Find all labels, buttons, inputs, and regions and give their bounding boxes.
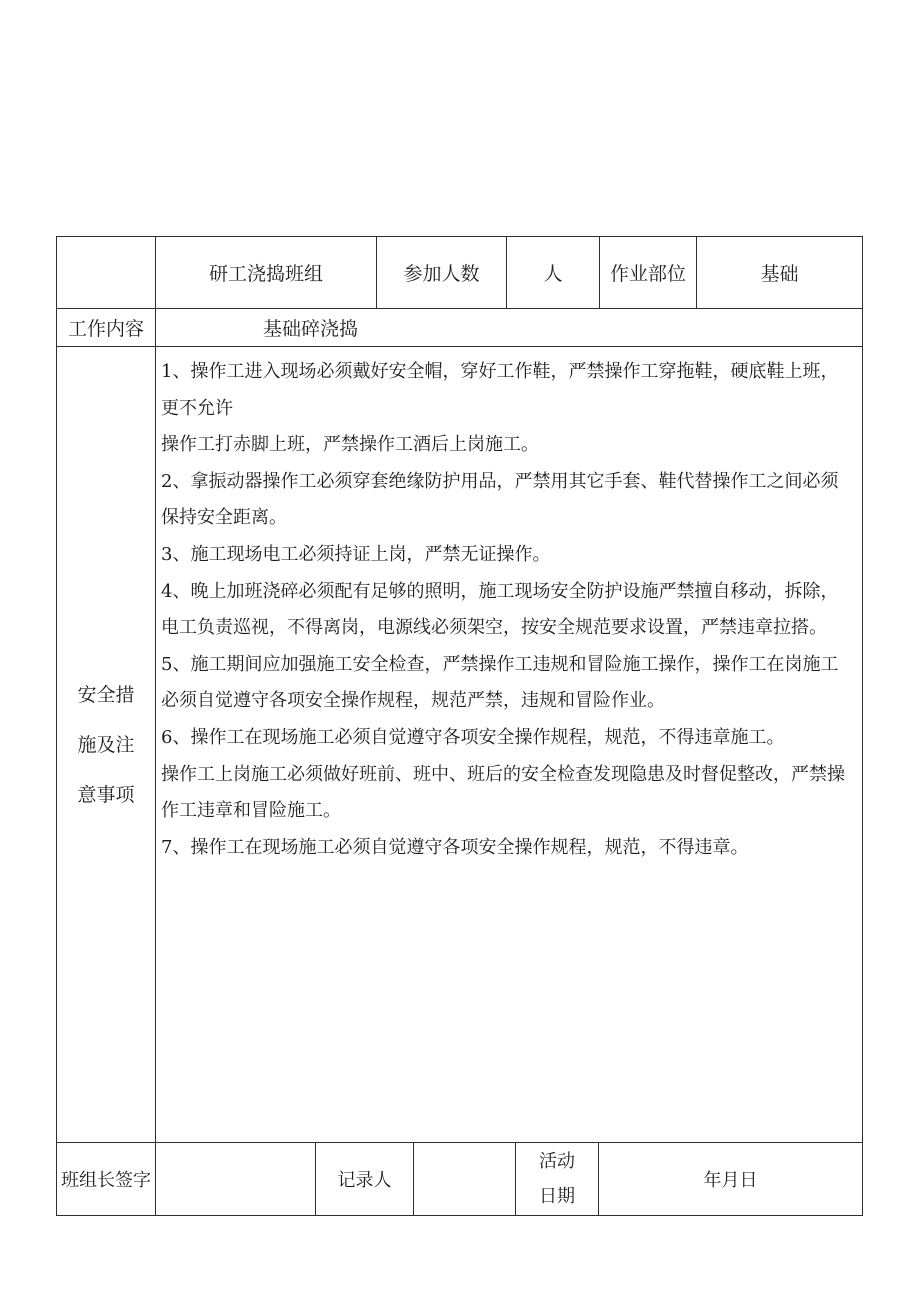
participants-unit: 人: [543, 259, 562, 286]
safety-body-line: 操作工上岗施工必须做好班前、班中、班后的安全检查发现隐患及时督促整改，严禁操: [161, 757, 860, 794]
activity-date-label-line: 日期: [539, 1179, 575, 1214]
work-content-value: 基础碎浇捣: [263, 314, 358, 341]
participants-unit-cell: 人: [506, 237, 599, 308]
safety-body-line: 1、操作工进入现场必须戴好安全帽，穿好工作鞋，严禁操作工穿拖鞋，硬底鞋上班，: [161, 354, 860, 391]
safety-body-line: 操作工打赤脚上班，严禁操作工酒后上岗施工。: [161, 427, 860, 464]
work-part-value: 基础: [760, 259, 798, 286]
safety-body-line: 电工负责巡视，不得离岗，电源线必须架空，按安全规范要求设置，严禁违章拉搭。: [161, 610, 860, 647]
work-content-value-cell: 基础碎浇捣: [155, 309, 862, 346]
safety-body-line: 3、施工现场电工必须持证上岗，严禁无证操作。: [161, 537, 860, 574]
work-content-label: 工作内容: [68, 314, 144, 341]
safety-body-line: 保持安全距离。: [161, 500, 860, 537]
recorder-label-cell: 记录人: [315, 1143, 413, 1215]
recorder-value-cell: [413, 1143, 515, 1215]
footer-row: 班组长签字 记录人 活动日期 年月日: [57, 1142, 862, 1215]
recorder-label: 记录人: [338, 1166, 392, 1192]
safety-body-line: 2、拿振动器操作工必须穿套绝缘防护用品，严禁用其它手套、鞋代替操作工之间必须: [161, 464, 860, 501]
safety-label-cell: 安全措施及注意事项: [57, 347, 155, 1142]
team-name-cell: 研工浇捣班组: [155, 237, 376, 308]
safety-body-line: 6、操作工在现场施工必须自觉遵守各项安全操作规程，规范，不得违章施工。: [161, 720, 860, 757]
safety-body-line: 7、操作工在现场施工必须自觉遵守各项安全操作规程，规范，不得违章。: [161, 830, 860, 867]
safety-label-line: 安全措: [77, 670, 134, 720]
leader-sign-label-cell: 班组长签字: [57, 1143, 155, 1215]
safety-body-line: 更不允许: [161, 391, 860, 428]
activity-date-label-line: 活动: [539, 1144, 575, 1179]
safety-body-line: 作工违章和冒险施工。: [161, 793, 860, 830]
safety-record-table: 研工浇捣班组 参加人数 人 作业部位 基础 工作内容 基础碎浇捣 安全措施及注意…: [56, 236, 863, 1216]
work-part-label-cell: 作业部位: [599, 237, 696, 308]
safety-body-line: 5、施工期间应加强施工安全检查，严禁操作工违规和冒险施工操作，操作工在岗施工: [161, 647, 860, 684]
work-content-label-cell: 工作内容: [57, 309, 155, 346]
work-part-label: 作业部位: [610, 259, 686, 286]
header-row: 研工浇捣班组 参加人数 人 作业部位 基础: [57, 237, 862, 308]
date-value-cell: 年月日: [598, 1143, 862, 1215]
header-blank-cell: [57, 237, 155, 308]
page: { "colors": { "background": "#ffffff", "…: [0, 0, 920, 1301]
work-part-value-cell: 基础: [696, 237, 862, 308]
work-content-row: 工作内容 基础碎浇捣: [57, 308, 862, 346]
participants-label: 参加人数: [403, 259, 479, 286]
safety-body-line: 必须自觉遵守各项安全操作规程，规范严禁，违规和冒险作业。: [161, 683, 860, 720]
safety-body-cell: 1、操作工进入现场必须戴好安全帽，穿好工作鞋，严禁操作工穿拖鞋，硬底鞋上班，更不…: [155, 347, 862, 1142]
team-name: 研工浇捣班组: [209, 259, 323, 286]
activity-date-label-cell: 活动日期: [515, 1143, 598, 1215]
safety-label-line: 施及注: [77, 720, 134, 770]
safety-row: 安全措施及注意事项 1、操作工进入现场必须戴好安全帽，穿好工作鞋，严禁操作工穿拖…: [57, 346, 862, 1142]
leader-sign-value-cell: [155, 1143, 315, 1215]
leader-sign-label: 班组长签字: [61, 1166, 151, 1192]
date-value: 年月日: [704, 1166, 758, 1192]
participants-label-cell: 参加人数: [376, 237, 506, 308]
safety-body-line: 4、晚上加班浇碎必须配有足够的照明，施工现场安全防护设施严禁擅自移动，拆除，: [161, 574, 860, 611]
safety-label-line: 意事项: [77, 770, 134, 820]
